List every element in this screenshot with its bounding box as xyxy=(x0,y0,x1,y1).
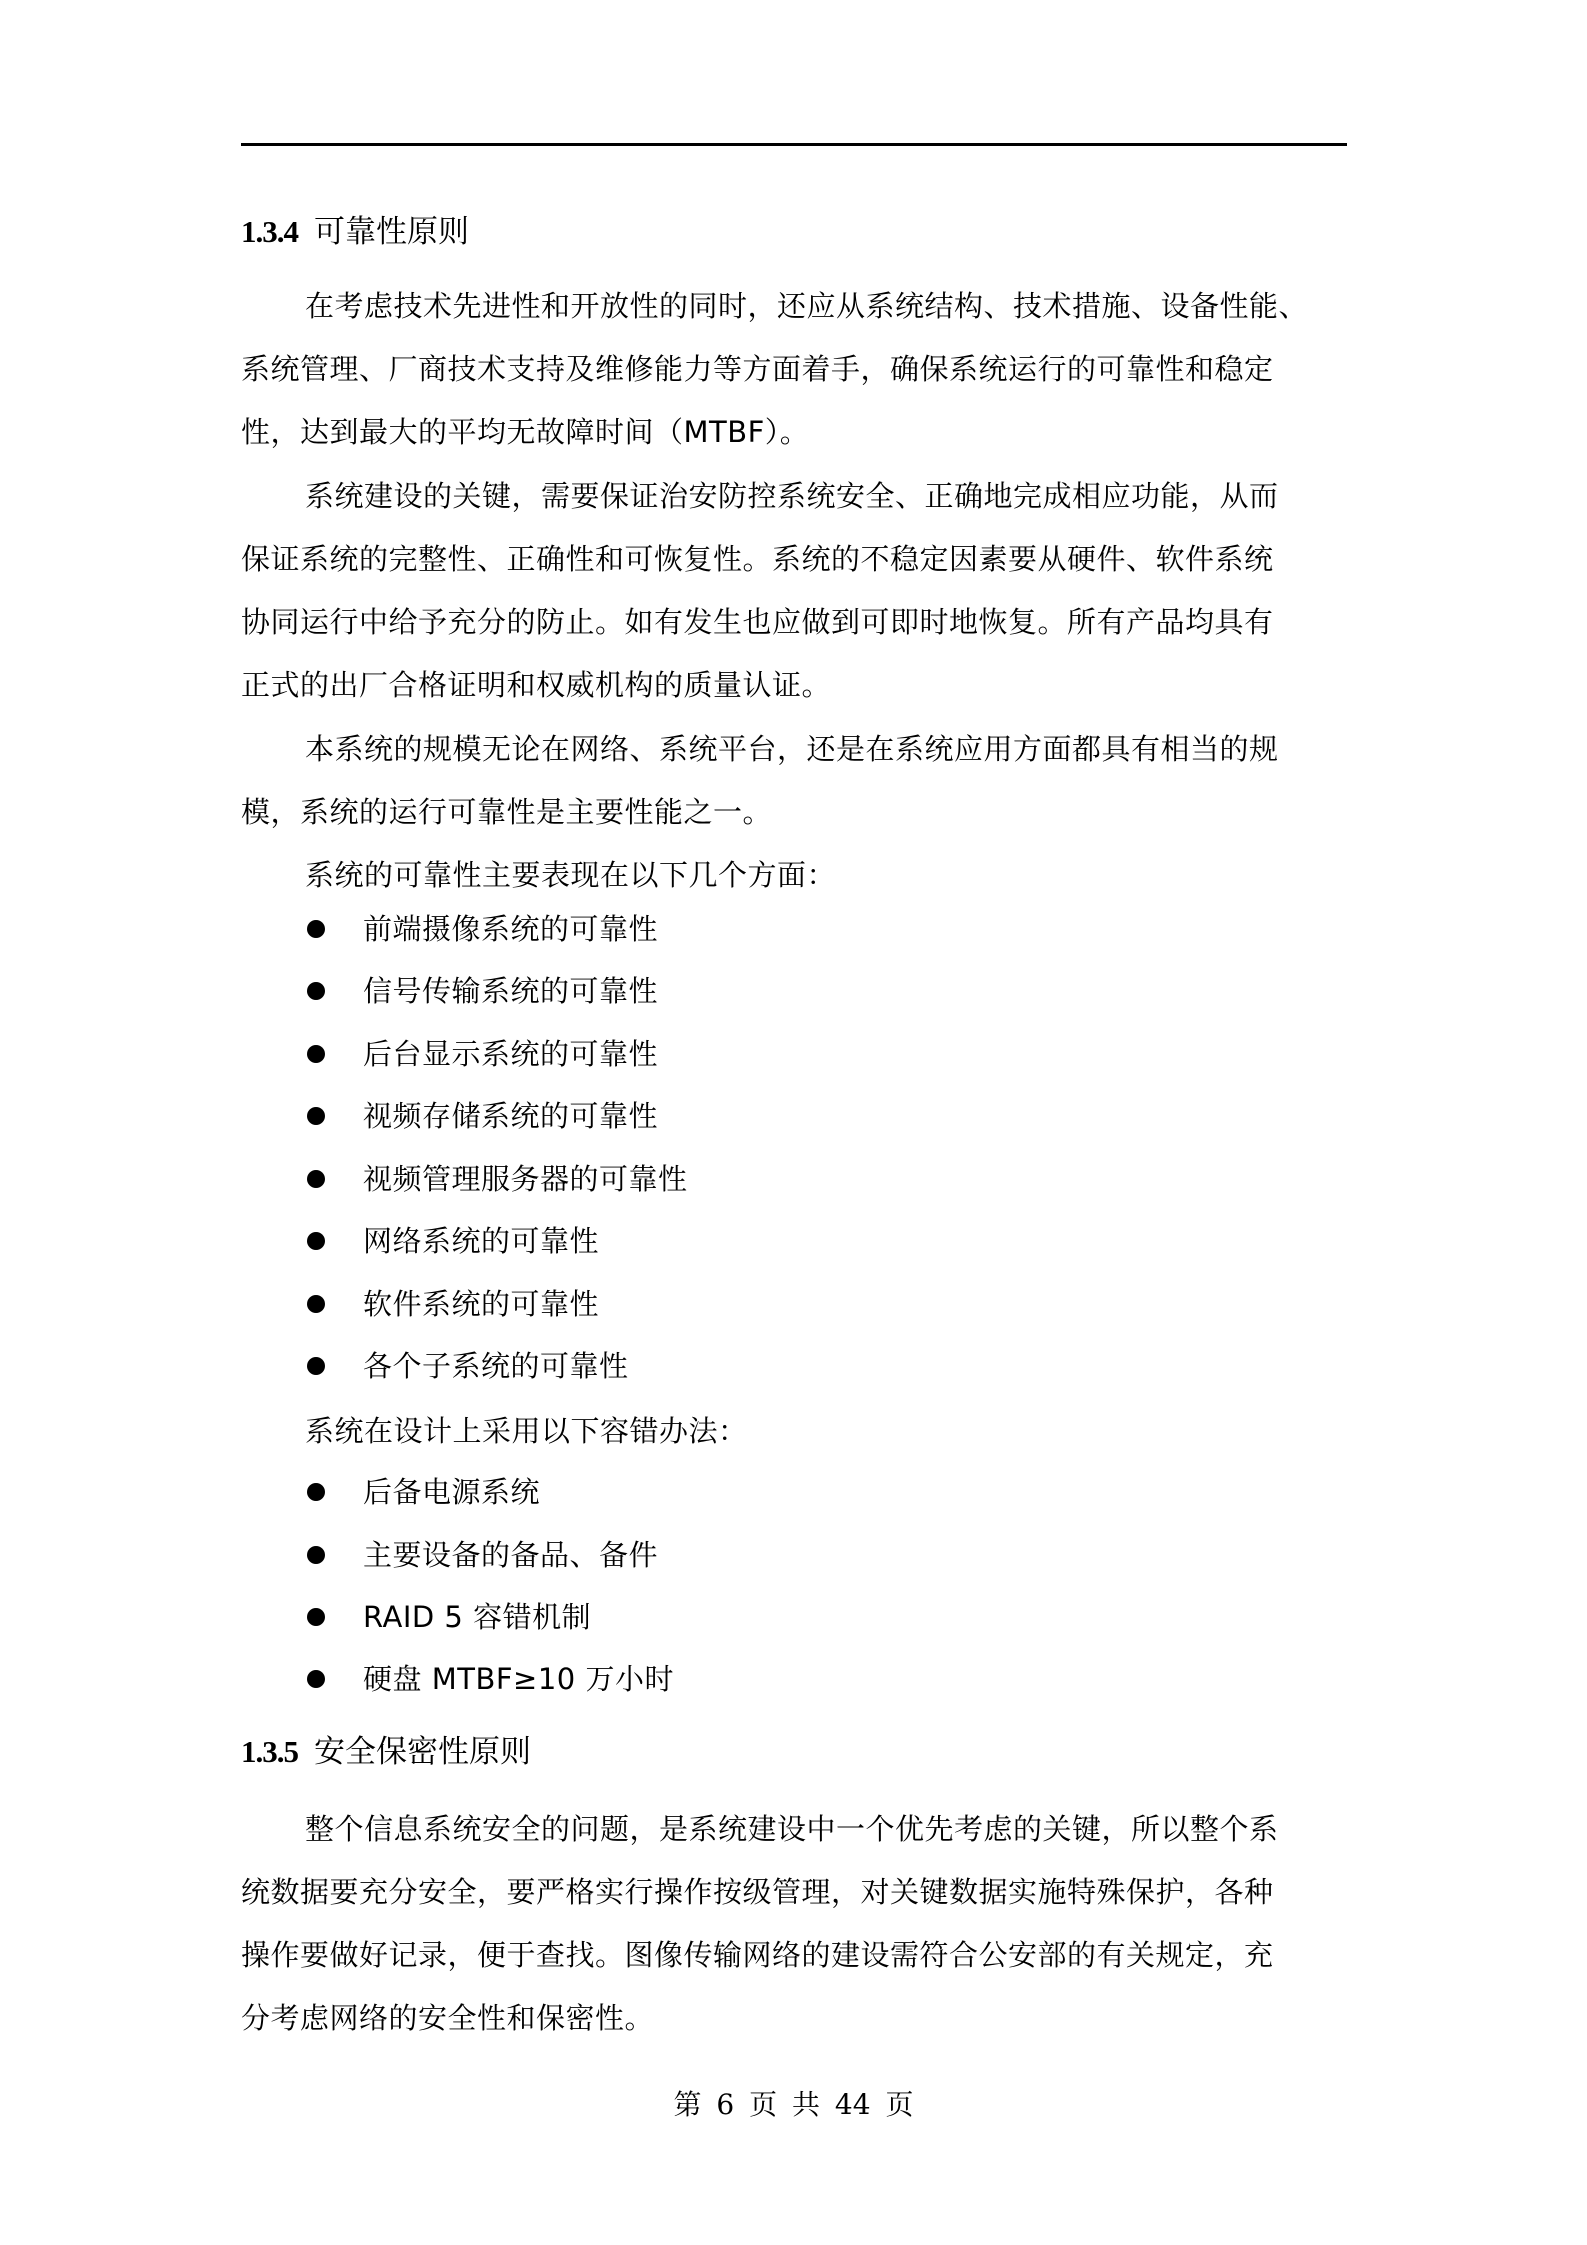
list-item: 各个子系统的可靠性 xyxy=(300,1335,1200,1398)
section-number: 1.3.5 xyxy=(241,1734,298,1769)
bullet-icon xyxy=(307,1170,325,1188)
list-item: 软件系统的可靠性 xyxy=(300,1273,1200,1336)
bullet-icon xyxy=(307,1045,325,1063)
list-item-text: 前端摄像系统的可靠性 xyxy=(363,898,658,961)
bullet-icon xyxy=(307,1483,325,1501)
list-item-text: 各个子系统的可靠性 xyxy=(363,1335,629,1398)
list-item-text: RAID 5 容错机制 xyxy=(363,1586,591,1649)
bullet-icon xyxy=(307,1608,325,1626)
section-heading-1-3-4: 1.3.4可靠性原则 xyxy=(241,212,469,252)
paragraph-1: 在考虑技术先进性和开放性的同时，还应从系统结构、技术措施、设备性能、 系统管理、… xyxy=(241,275,1347,464)
list-item-text: 硬盘 MTBF≥10 万小时 xyxy=(363,1648,674,1711)
list-item: RAID 5 容错机制 xyxy=(300,1586,1200,1649)
list-item-text: 主要设备的备品、备件 xyxy=(363,1524,658,1587)
bullet-icon xyxy=(307,1107,325,1125)
paragraph-line: 统数据要充分安全，要严格实行操作按级管理，对关键数据实施特殊保护，各种 xyxy=(241,1861,1347,1924)
list-item: 主要设备的备品、备件 xyxy=(300,1524,1200,1587)
list-item-text: 视频管理服务器的可靠性 xyxy=(363,1148,688,1211)
bullet-icon xyxy=(307,1232,325,1250)
list-item: 后备电源系统 xyxy=(300,1461,1200,1524)
paragraph-line: 模，系统的运行可靠性是主要性能之一。 xyxy=(241,781,1347,844)
paragraph-line: 协同运行中给予充分的防止。如有发生也应做到可即时地恢复。所有产品均具有 xyxy=(241,591,1347,654)
paragraph-line: 保证系统的完整性、正确性和可恢复性。系统的不稳定因素要从硬件、软件系统 xyxy=(241,528,1347,591)
bullet-icon xyxy=(307,920,325,938)
paragraph-line: 分考虑网络的安全性和保密性。 xyxy=(241,1987,1347,2050)
list-item: 前端摄像系统的可靠性 xyxy=(300,898,1200,961)
page-footer: 第 6 页 共 44 页 xyxy=(0,2085,1587,2125)
list-item: 视频存储系统的可靠性 xyxy=(300,1085,1200,1148)
paragraph-line: 在考虑技术先进性和开放性的同时，还应从系统结构、技术措施、设备性能、 xyxy=(241,275,1347,338)
paragraph-line: 正式的出厂合格证明和权威机构的质量认证。 xyxy=(241,654,1347,717)
paragraph-2: 系统建设的关键，需要保证治安防控系统安全、正确地完成相应功能，从而 保证系统的完… xyxy=(241,465,1347,717)
section-title: 安全保密性原则 xyxy=(314,1734,531,1770)
list-item-text: 网络系统的可靠性 xyxy=(363,1210,599,1273)
list-item: 信号传输系统的可靠性 xyxy=(300,960,1200,1023)
paragraph-line: 操作要做好记录，便于查找。图像传输网络的建设需符合公安部的有关规定，充 xyxy=(241,1924,1347,1987)
list-item: 视频管理服务器的可靠性 xyxy=(300,1148,1200,1211)
list-item: 硬盘 MTBF≥10 万小时 xyxy=(300,1648,1200,1711)
section-number: 1.3.4 xyxy=(241,214,298,249)
list-item-text: 软件系统的可靠性 xyxy=(363,1273,599,1336)
bullet-icon xyxy=(307,1357,325,1375)
paragraph-line: 系统管理、厂商技术支持及维修能力等方面着手，确保系统运行的可靠性和稳定 xyxy=(241,338,1347,401)
section-title: 可靠性原则 xyxy=(314,214,469,250)
list-item-text: 后台显示系统的可靠性 xyxy=(363,1023,658,1086)
list-item: 后台显示系统的可靠性 xyxy=(300,1023,1200,1086)
paragraph-line: 整个信息系统安全的问题，是系统建设中一个优先考虑的关键，所以整个系 xyxy=(241,1798,1347,1861)
header-rule xyxy=(241,143,1347,146)
paragraph-3: 本系统的规模无论在网络、系统平台，还是在系统应用方面都具有相当的规 模，系统的运… xyxy=(241,718,1347,844)
paragraph-security: 整个信息系统安全的问题，是系统建设中一个优先考虑的关键，所以整个系 统数据要充分… xyxy=(241,1798,1347,2050)
bullet-icon xyxy=(307,1295,325,1313)
bullet-icon xyxy=(307,1546,325,1564)
list-item-text: 后备电源系统 xyxy=(363,1461,540,1524)
paragraph-line: 系统建设的关键，需要保证治安防控系统安全、正确地完成相应功能，从而 xyxy=(241,465,1347,528)
paragraph-line: 本系统的规模无论在网络、系统平台，还是在系统应用方面都具有相当的规 xyxy=(241,718,1347,781)
list-item-text: 视频存储系统的可靠性 xyxy=(363,1085,658,1148)
list-item-text: 信号传输系统的可靠性 xyxy=(363,960,658,1023)
section-heading-1-3-5: 1.3.5安全保密性原则 xyxy=(241,1732,531,1772)
bullet-icon xyxy=(307,982,325,1000)
paragraph-line: 性，达到最大的平均无故障时间（MTBF）。 xyxy=(241,401,1347,464)
fault-tolerance-intro: 系统在设计上采用以下容错办法： xyxy=(305,1400,748,1463)
document-page: 1.3.4可靠性原则 在考虑技术先进性和开放性的同时，还应从系统结构、技术措施、… xyxy=(0,0,1587,2245)
bullet-icon xyxy=(307,1670,325,1688)
list-item: 网络系统的可靠性 xyxy=(300,1210,1200,1273)
